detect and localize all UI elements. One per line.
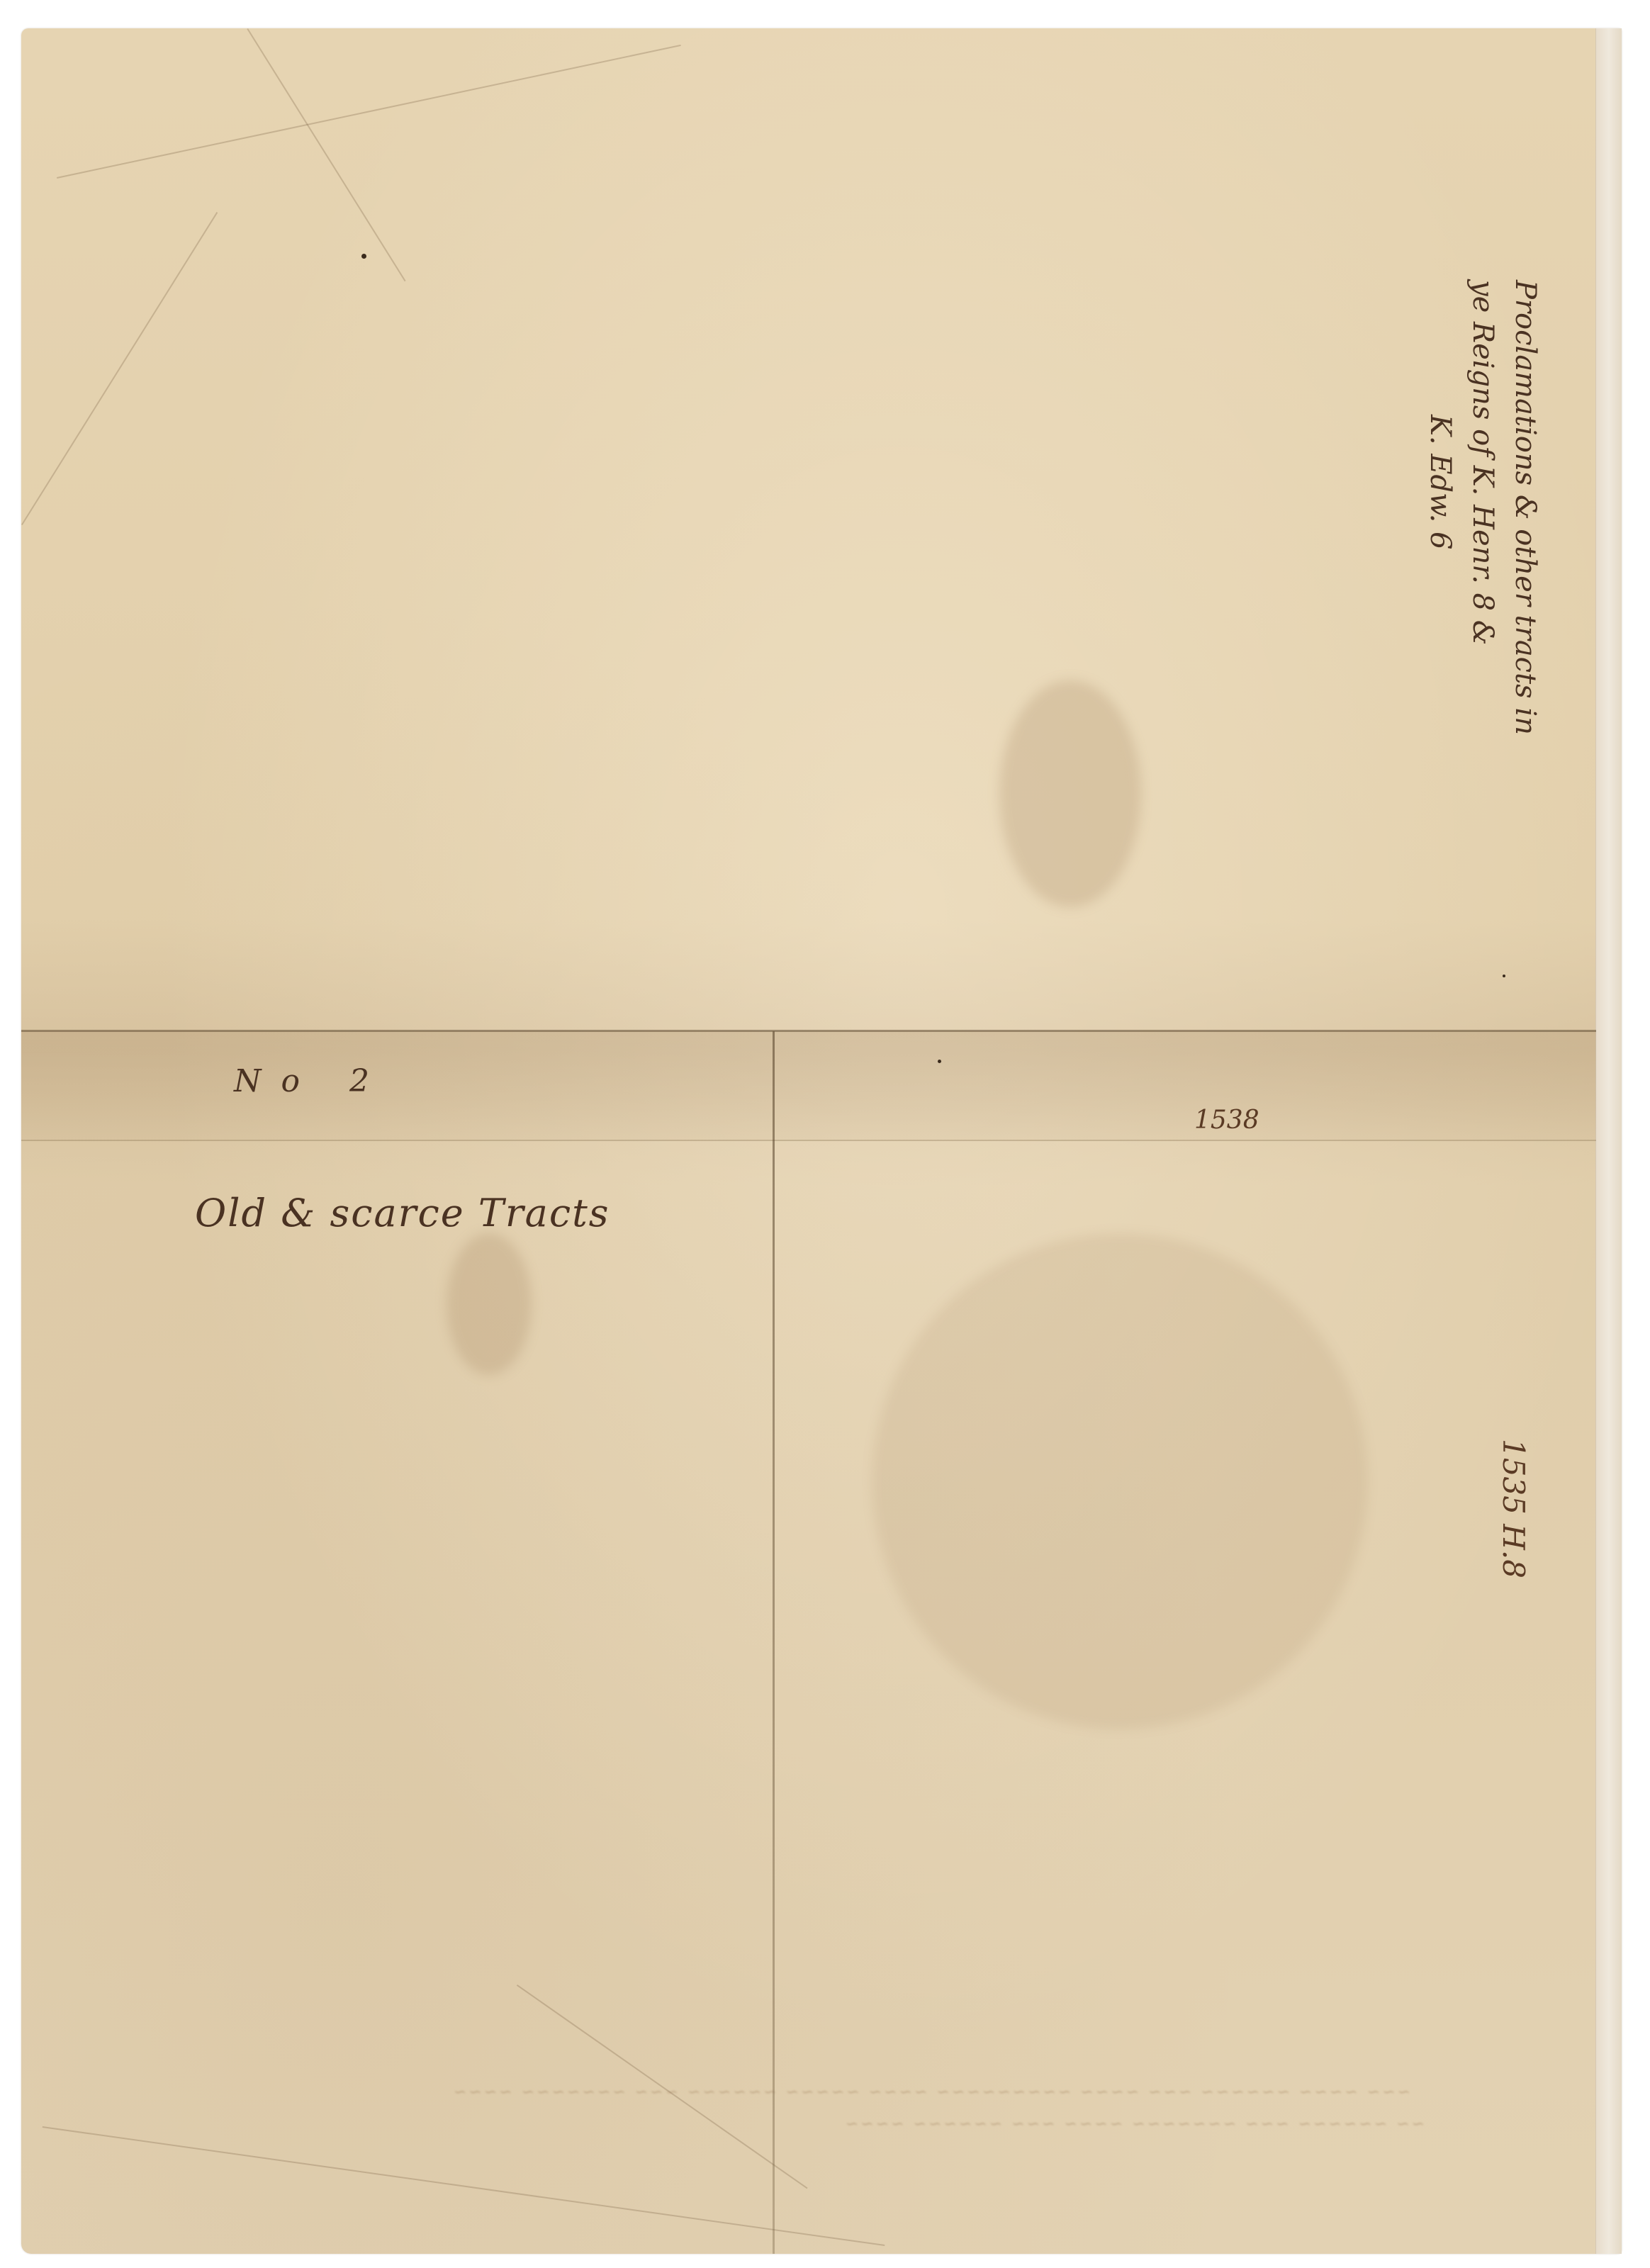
- ink-speck: [938, 1060, 941, 1063]
- corner-crease: [247, 28, 405, 281]
- right-margin-date: 1535 H.8: [1496, 1439, 1531, 1578]
- endorsement-line-2: ye Reigns of K. Henr. 8 &: [1464, 280, 1502, 735]
- endorsement-line-1: Proclamations & other tracts in: [1506, 280, 1544, 735]
- endorsement-vertical: Proclamations & other tracts in ye Reign…: [1421, 280, 1544, 735]
- vertical-fold: [773, 1031, 775, 2254]
- show-through-text: ~~ ~~~~~~ ~~~ ~~~~~~~ ~~~~ ~~~ ~~~~~~ ~~…: [716, 2116, 1425, 2133]
- horizontal-fold: [21, 1030, 1596, 1032]
- manuscript-leaf: Proclamations & other tracts in ye Reign…: [21, 28, 1622, 2254]
- ink-speck: [361, 254, 366, 259]
- title-note: Old & scarce Tracts: [195, 1191, 610, 1235]
- corner-crease: [43, 2126, 885, 2246]
- show-through-text: ~~~ ~~~~ ~~~~~~ ~~~ ~~~~ ~~~~~~~~~ ~~~~ …: [206, 2084, 1410, 2101]
- date-1538: 1538: [1194, 1106, 1259, 1135]
- stain: [872, 1233, 1368, 1729]
- stain: [447, 1233, 532, 1375]
- ink-speck: [1503, 975, 1505, 977]
- shelfmark-number: No 2: [234, 1063, 389, 1099]
- corner-crease: [21, 212, 218, 525]
- horizontal-crease: [21, 1140, 1596, 1141]
- corner-crease: [57, 45, 681, 179]
- endorsement-line-3: K. Edw. 6: [1421, 280, 1459, 735]
- paper-guard-strip: [1595, 28, 1622, 2254]
- stain: [999, 680, 1141, 907]
